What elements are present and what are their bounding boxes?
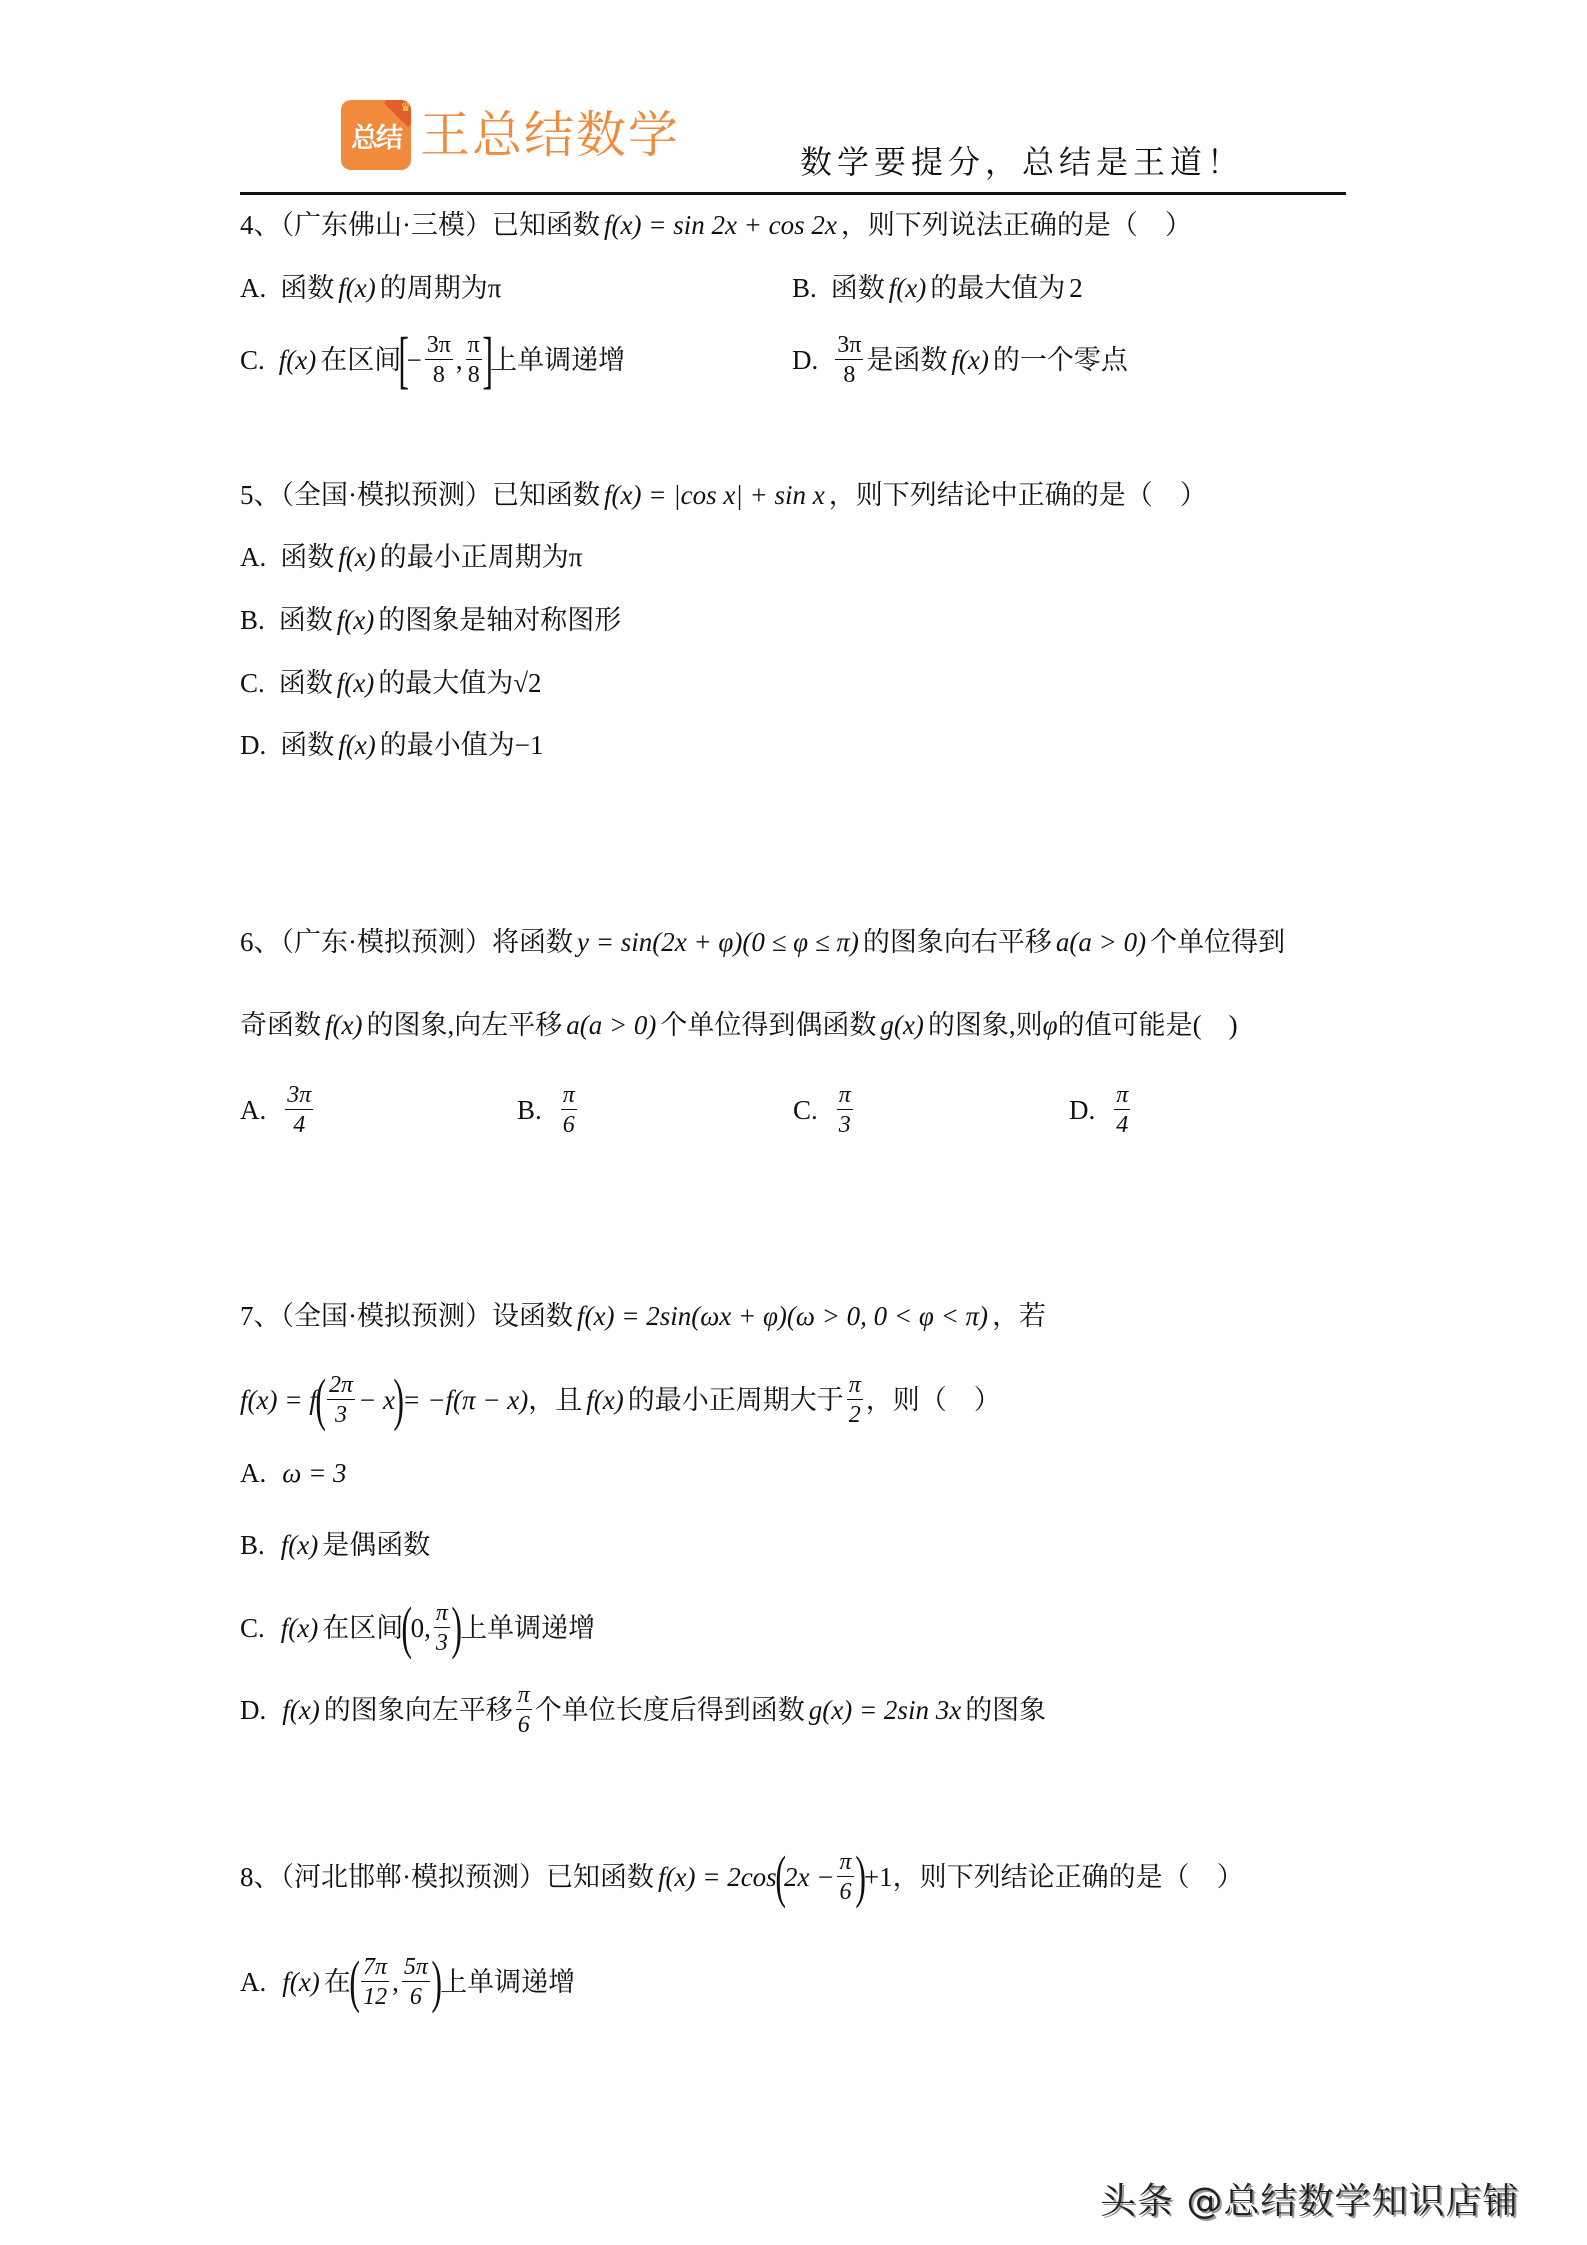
question-7-formula: − x (358, 1380, 395, 1420)
question-6-shift: a(a > 0) (1056, 922, 1146, 962)
question-5-option-d: D. 函数 f(x) 的最小值为 −1 (240, 725, 543, 765)
fraction: π6 (516, 1683, 532, 1737)
question-8-formula: f(x) = 2cos (658, 1857, 777, 1897)
option-label: B. (517, 1090, 542, 1130)
question-6-option-d: D. π4 (1069, 1083, 1133, 1137)
question-8-formula: +1 (864, 1857, 893, 1897)
option-label: A. (240, 268, 266, 308)
question-4-suffix: ，则下列说法正确的是（ ） (841, 205, 1192, 245)
fraction: π3 (837, 1083, 853, 1137)
question-5-option-c: C. 函数 f(x) 的最大值为 √2 (240, 663, 542, 703)
option-value: π (569, 537, 583, 577)
question-8-formula: 2x − (784, 1857, 834, 1897)
question-8-stem: 8、（河北邯郸·模拟预测）已知函数 f(x) = 2cos ( 2x − π6 … (240, 1848, 1244, 1906)
question-8-option-a: A. f(x) 在 ( 7π12 , 5π6 ) 上单调递增 (240, 1953, 575, 2011)
question-5-formula: f(x) = |cos x| + sin x (604, 475, 825, 515)
question-6-text: 的值可能是( ) (1058, 1005, 1238, 1045)
option-text: 的最大值为 (930, 268, 1065, 308)
option-fx: f(x) (281, 1608, 318, 1648)
question-4-prefix: 4、（广东佛山·三模）已知函数 (240, 205, 600, 245)
slogan: 数学要提分，总结是王道！ (800, 140, 1244, 184)
question-6-prefix: 6、（广东·模拟预测）将函数 (240, 922, 573, 962)
question-7-formula: f(x) = 2sin(ωx + φ)(ω > 0, 0 < φ < π) (577, 1296, 988, 1336)
question-6-shift: a(a > 0) (566, 1005, 656, 1045)
option-text: 上单调递增 (490, 340, 625, 380)
logo-text: 王总结数学 (420, 104, 680, 166)
question-7-formula: = −f(π − x) (402, 1380, 528, 1420)
option-label: A. (240, 537, 266, 577)
option-value: π (488, 268, 502, 308)
question-7-suffix: ，若 (992, 1296, 1046, 1336)
right-paren: ) (451, 1599, 462, 1657)
question-6-option-b: B. π6 (517, 1083, 580, 1137)
question-5-prefix: 5、（全国·模拟预测）已知函数 (240, 475, 600, 515)
question-7-text: 的最小正周期大于 (628, 1380, 844, 1420)
option-text: 是偶函数 (322, 1525, 430, 1565)
option-text: 函数 (280, 537, 334, 577)
question-5-stem: 5、（全国·模拟预测）已知函数 f(x) = |cos x| + sin x ，… (240, 475, 1207, 515)
left-paren: ( (315, 1371, 326, 1429)
question-6-text: 的图象,则 (928, 1005, 1043, 1045)
question-7-option-c: C. f(x) 在区间 ( 0, π3 ) 上单调递增 (240, 1599, 595, 1657)
question-7-stem-line-1: 7、（全国·模拟预测）设函数 f(x) = 2sin(ωx + φ)(ω > 0… (240, 1296, 1046, 1336)
option-label: A. (240, 1090, 266, 1130)
option-value: √2 (513, 663, 541, 703)
question-7-fx: f(x) (586, 1380, 623, 1420)
option-label: A. (240, 1962, 266, 2002)
option-label: C. (240, 340, 265, 380)
option-text: 函数 (279, 663, 333, 703)
fraction: π6 (561, 1083, 577, 1137)
question-7-prefix: 7、（全国·模拟预测）设函数 (240, 1296, 573, 1336)
question-4-option-d: D. 3π8 是函数 f(x) 的一个零点 (792, 333, 1128, 387)
option-text: 的周期为 (380, 268, 488, 308)
fraction: π4 (1114, 1083, 1130, 1137)
watermark: 头条 @总结数学知识店铺 (1100, 2180, 1519, 2224)
question-4-option-b: B. 函数 f(x) 的最大值为 2 (792, 268, 1083, 308)
fraction: π8 (466, 333, 482, 387)
option-label: A. (240, 1453, 266, 1493)
header-divider (240, 192, 1346, 195)
question-6-text: 奇函数 (240, 1005, 321, 1045)
fraction: π2 (847, 1373, 863, 1427)
question-8-suffix: ，则下列结论正确的是（ ） (893, 1857, 1244, 1897)
option-text: 上单调递增 (460, 1608, 595, 1648)
question-7-formula: f(x) = f (240, 1380, 317, 1420)
option-fx: f(x) (338, 268, 375, 308)
option-fx: f(x) (338, 537, 375, 577)
option-text: 的一个零点 (993, 340, 1128, 380)
question-6-text: 个单位得到 (1150, 922, 1285, 962)
option-label: D. (240, 1690, 266, 1730)
option-label: D. (792, 340, 818, 380)
question-6-gx: g(x) (880, 1005, 923, 1045)
option-label: B. (792, 268, 817, 308)
question-6-option-c: C. π3 (793, 1083, 856, 1137)
question-4-option-a: A. 函数 f(x) 的周期为 π (240, 268, 501, 308)
option-label: D. (1069, 1090, 1095, 1130)
option-text: 的图象 (965, 1690, 1046, 1730)
question-6-option-a: A. 3π4 (240, 1083, 316, 1137)
option-text: 个单位长度后得到函数 (535, 1690, 805, 1730)
option-text: 在区间 (322, 1608, 403, 1648)
option-text: 的最小值为 (380, 725, 515, 765)
fraction: 3π4 (285, 1083, 313, 1137)
option-fx: f(x) (337, 663, 374, 703)
option-text: 的最大值为 (378, 663, 513, 703)
left-paren: ( (349, 1953, 360, 2011)
question-7-stem-line-2: f(x) = f ( 2π3 − x ) = −f(π − x) ，且 f(x)… (240, 1371, 1001, 1429)
question-5-option-b: B. 函数 f(x) 的图象是轴对称图形 (240, 600, 621, 640)
question-7-option-d: D. f(x) 的图象向左平移 π6 个单位长度后得到函数 g(x) = 2si… (240, 1683, 1046, 1737)
question-6-fx: f(x) (325, 1005, 362, 1045)
option-label: C. (240, 663, 265, 703)
option-fx: f(x) (338, 725, 375, 765)
option-text: 函数 (280, 725, 334, 765)
option-fx: f(x) (889, 268, 926, 308)
question-5-suffix: ，则下列结论中正确的是（ ） (829, 475, 1207, 515)
option-text: 函数 (280, 268, 334, 308)
option-text: 是函数 (866, 340, 947, 380)
right-paren: ) (431, 1953, 442, 2011)
option-fx: f(x) (282, 1690, 319, 1730)
option-label: C. (240, 1608, 265, 1648)
question-7-option-a: A. ω = 3 (240, 1453, 347, 1493)
question-4-stem: 4、（广东佛山·三模）已知函数 f(x) = sin 2x + cos 2x ，… (240, 205, 1192, 245)
left-paren: ( (775, 1848, 786, 1906)
option-text: 函数 (279, 600, 333, 640)
option-text: 上单调递增 (440, 1962, 575, 2002)
option-fx: f(x) (951, 340, 988, 380)
option-fx: f(x) (282, 1962, 319, 2002)
option-fx: f(x) (281, 1525, 318, 1565)
fraction: 3π8 (835, 333, 863, 387)
question-7-text: ，且 (528, 1380, 582, 1420)
fraction: 3π8 (425, 333, 453, 387)
question-6-formula: y = sin(2x + φ)(0 ≤ φ ≤ π) (577, 922, 859, 962)
left-paren: ( (402, 1599, 413, 1657)
option-label: B. (240, 1525, 265, 1565)
option-label: B. (240, 600, 265, 640)
option-text: 函数 (831, 268, 885, 308)
fraction: 7π12 (361, 1955, 389, 2009)
logo-icon-text: 总结 (351, 116, 401, 155)
option-value: 2 (1069, 268, 1083, 308)
question-5-option-a: A. 函数 f(x) 的最小正周期为 π (240, 537, 582, 577)
question-4-formula: f(x) = sin 2x + cos 2x (604, 205, 837, 245)
option-formula: g(x) = 2sin 3x (809, 1690, 961, 1730)
option-label: D. (240, 725, 266, 765)
option-text: 的最小正周期为 (380, 537, 569, 577)
question-4-option-c: C. f(x) 在区间 [ − 3π8 , π8 ] 上单调递增 (240, 328, 625, 392)
left-bracket: [ (399, 328, 410, 392)
option-fx: f(x) (279, 340, 316, 380)
question-6-text: 个单位得到偶函数 (660, 1005, 876, 1045)
option-value: −1 (515, 725, 544, 765)
option-text: 的图象向左平移 (324, 1690, 513, 1730)
right-bracket: ] (482, 328, 493, 392)
option-fx: f(x) (337, 600, 374, 640)
question-8-prefix: 8、（河北邯郸·模拟预测）已知函数 (240, 1857, 654, 1897)
option-text: 在区间 (320, 340, 401, 380)
question-6-text: 的图象,向左平移 (366, 1005, 562, 1045)
question-6-stem-line-1: 6、（广东·模拟预测）将函数 y = sin(2x + φ)(0 ≤ φ ≤ π… (240, 922, 1285, 962)
fraction: π3 (434, 1601, 450, 1655)
option-text: 的图象是轴对称图形 (378, 600, 621, 640)
logo-icon: ♛ 总结 (341, 100, 411, 170)
question-6-text: 的图象向右平移 (863, 922, 1052, 962)
fraction: 2π3 (327, 1373, 355, 1427)
fraction: π6 (837, 1850, 853, 1904)
right-paren: ) (855, 1848, 866, 1906)
option-formula: 0, (411, 1608, 431, 1648)
fraction: 5π6 (402, 1955, 430, 2009)
crown-icon: ♛ (400, 100, 409, 114)
question-6-stem-line-2: 奇函数 f(x) 的图象,向左平移 a(a > 0) 个单位得到偶函数 g(x)… (240, 1005, 1238, 1045)
option-text: 在 (324, 1962, 351, 2002)
option-label: C. (793, 1090, 818, 1130)
right-paren: ) (393, 1371, 404, 1429)
question-7-option-b: B. f(x) 是偶函数 (240, 1525, 430, 1565)
question-6-phi: φ (1043, 1005, 1058, 1045)
question-7-text: ，则（ ） (866, 1380, 1001, 1420)
option-formula: ω = 3 (282, 1453, 346, 1493)
